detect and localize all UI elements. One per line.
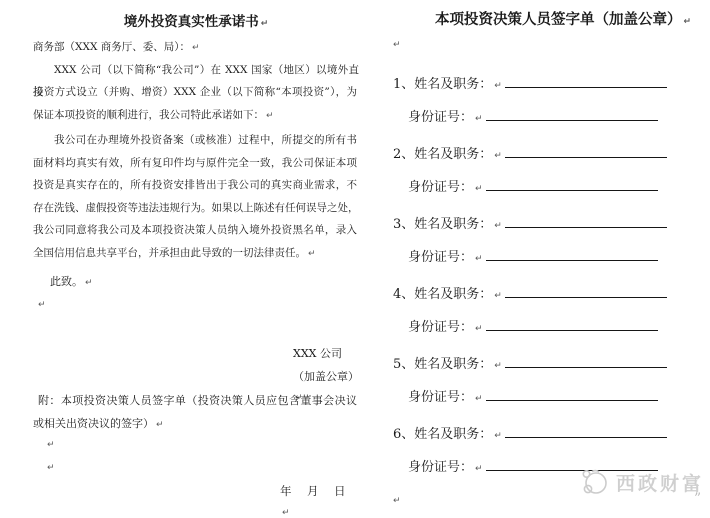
body-line-text: 存在洗钱、虚假投资等违法违规行为。如果以上陈述有任何误导之处， xyxy=(33,202,359,214)
paragraph-mark: ↵ xyxy=(308,249,316,259)
body-line: 全国信用信息共享平台，并承担由此导致的一切法律责任。↵ xyxy=(33,242,359,265)
attachment-line: 或相关出资决议的签字）↵ xyxy=(33,413,359,436)
id-line: 身份证号：↵ xyxy=(408,178,658,211)
name-blank-underline[interactable] xyxy=(505,215,667,228)
paragraph-mark: ↵ xyxy=(494,426,502,446)
right-page: 本项投资决策人员签字单（加盖公章）↵ ↵ 1、姓名及职务：↵ 身份证号：↵ 2、… xyxy=(355,0,710,518)
signatory-list: 1、姓名及职务：↵ 身份证号：↵ 2、姓名及职务：↵ 身份证号：↵ xyxy=(393,75,667,495)
name-line: 4、姓名及职务：↵ xyxy=(393,285,667,318)
paragraph-mark: ↵ xyxy=(475,179,483,199)
id-blank-underline[interactable] xyxy=(486,248,658,261)
name-label: 姓名及职务： xyxy=(414,355,492,375)
paragraph-mark: ↵ xyxy=(261,19,269,29)
brand-text: 西政财富 xyxy=(616,469,704,496)
closing-line: 此致。↵ xyxy=(33,272,93,293)
entry-number: 6、 xyxy=(393,425,414,445)
paragraph-mark: ↵ xyxy=(475,249,483,269)
paragraph-mark: ↵ xyxy=(47,440,55,450)
name-blank-underline[interactable] xyxy=(505,145,667,158)
page-title-text: 境外投资真实性承诺书 xyxy=(124,14,259,30)
body-line: XXX 公司（以下简称“我公司”）在 XXX 国家（地区）以境外直接 xyxy=(33,59,359,82)
id-line: 身份证号：↵ xyxy=(408,388,658,421)
brand-watermark: 西政财富 xyxy=(579,468,704,496)
body-line-text: 商务部（XXX 商务厅、委、局）： xyxy=(33,41,190,53)
id-label: 身份证号： xyxy=(408,248,473,268)
signature-sheet-title-text: 本项投资决策人员签字单（加盖公章） xyxy=(435,12,682,28)
paragraph-mark: ↵ xyxy=(475,319,483,339)
name-label: 姓名及职务： xyxy=(414,215,492,235)
body-line: 商务部（XXX 商务厅、委、局）：↵ xyxy=(33,36,359,59)
paragraph-mark: ↵ xyxy=(475,459,483,479)
signatory-entry: 5、姓名及职务：↵ 身份证号：↵ xyxy=(393,355,667,421)
brand-logo-icon xyxy=(579,468,611,496)
paragraph-mark: ↵ xyxy=(494,286,502,306)
signatory-entry: 4、姓名及职务：↵ 身份证号：↵ xyxy=(393,285,667,351)
attachment-line-text: 附：本项投资决策人员签字单（投资决策人员应包含董事会决议 xyxy=(38,394,357,407)
id-line: 身份证号：↵ xyxy=(408,318,658,351)
paragraph-mark: ↵ xyxy=(684,17,692,27)
entry-number: 2、 xyxy=(393,145,414,165)
signatory-entry: 2、姓名及职务：↵ 身份证号：↵ xyxy=(393,145,667,211)
body-line: 我公司在办理境外投资备案（或核准）过程中，所提交的所有书 xyxy=(33,129,359,152)
body-line-text: 投资方式设立（并购、增资）XXX 企业（以下简称“本项投资”），为 xyxy=(33,86,357,98)
attachment-note: 附：本项投资决策人员签字单（投资决策人员应包含董事会决议 或相关出资决议的签字）… xyxy=(33,390,359,435)
paragraph-mark: ↵ xyxy=(393,496,401,506)
date-text: 年 月 日 xyxy=(280,484,348,498)
id-blank-underline[interactable] xyxy=(486,388,658,401)
body-line: 保证本项投资的顺利进行，我公司特此承诺如下：↵ xyxy=(33,104,359,127)
body-line: 面材料均真实有效，所有复印件均与原件完全一致，我公司保证本项 xyxy=(33,152,359,175)
paragraph-mark: ↵ xyxy=(475,109,483,129)
signatory-entry: 3、姓名及职务：↵ 身份证号：↵ xyxy=(393,215,667,281)
attachment-line-text: 或相关出资决议的签字） xyxy=(33,417,154,430)
date-line: 年 月 日↵ xyxy=(280,481,355,518)
seal-text: （加盖公章） xyxy=(293,370,359,383)
paragraph-mark: ↵ xyxy=(85,278,93,288)
name-line: 6、姓名及职务：↵ xyxy=(393,425,667,458)
document-canvas: 境外投资真实性承诺书↵ 商务部（XXX 商务厅、委、局）：↵ XXX 公司（以下… xyxy=(0,0,710,518)
paragraph-mark: ↵ xyxy=(494,146,502,166)
name-blank-underline[interactable] xyxy=(505,285,667,298)
paragraph-mark: ↵ xyxy=(475,389,483,409)
body-line: 投资是真实存在的，所有投资安排皆出于我公司的真实商业需求，不 xyxy=(33,174,359,197)
body-line: 投资方式设立（并购、增资）XXX 企业（以下简称“本项投资”），为 xyxy=(33,81,359,104)
paragraph-mark: ↵ xyxy=(38,300,46,310)
name-label: 姓名及职务： xyxy=(414,285,492,305)
id-label: 身份证号： xyxy=(408,178,473,198)
paragraph-mark: ↵ xyxy=(393,40,401,50)
name-line: 3、姓名及职务：↵ xyxy=(393,215,667,248)
paragraph-mark: ↵ xyxy=(282,508,292,518)
body-line-text: 投资是真实存在的，所有投资安排皆出于我公司的真实商业需求，不 xyxy=(33,179,357,191)
name-blank-underline[interactable] xyxy=(505,425,667,438)
name-line: 1、姓名及职务：↵ xyxy=(393,75,667,108)
entry-number: 1、 xyxy=(393,75,414,95)
paragraph-mark: ↵ xyxy=(494,356,502,376)
body-line-text: 保证本项投资的顺利进行，我公司特此承诺如下： xyxy=(33,109,264,121)
paragraph-mark: ↵ xyxy=(192,43,200,53)
paragraph-mark: ↵ xyxy=(494,216,502,236)
paragraph-mark: ↵ xyxy=(494,76,502,96)
watermark-corner-mark: ” xyxy=(694,491,701,507)
entry-number: 5、 xyxy=(393,355,414,375)
paragraph-mark: ↵ xyxy=(47,463,55,473)
page-title: 境外投资真实性承诺书↵ xyxy=(33,10,359,30)
id-line: 身份证号：↵ xyxy=(408,248,658,281)
id-label: 身份证号： xyxy=(408,388,473,408)
company-signature: XXX 公司 xyxy=(293,344,342,364)
id-label: 身份证号： xyxy=(408,108,473,128)
entry-number: 3、 xyxy=(393,215,414,235)
paragraph-mark: ↵ xyxy=(156,420,164,430)
body-line-text: 全国信用信息共享平台，并承担由此导致的一切法律责任。 xyxy=(33,247,306,259)
body-line-text: 面材料均真实有效，所有复印件均与原件完全一致，我公司保证本项 xyxy=(33,157,357,169)
name-label: 姓名及职务： xyxy=(414,75,492,95)
id-blank-underline[interactable] xyxy=(486,108,658,121)
name-blank-underline[interactable] xyxy=(505,75,667,88)
name-line: 2、姓名及职务：↵ xyxy=(393,145,667,178)
paragraph-block: 我公司在办理境外投资备案（或核准）过程中，所提交的所有书 面材料均真实有效，所有… xyxy=(33,129,359,265)
body-line: 我公司同意将我公司及本项投资决策人员纳入境外投资黑名单，录入 xyxy=(33,219,359,242)
id-line: 身份证号：↵ xyxy=(408,108,658,141)
body-line: 存在洗钱、虚假投资等违法违规行为。如果以上陈述有任何误导之处， xyxy=(33,197,359,220)
name-label: 姓名及职务： xyxy=(414,145,492,165)
id-blank-underline[interactable] xyxy=(486,178,658,191)
id-blank-underline[interactable] xyxy=(486,318,658,331)
name-line: 5、姓名及职务：↵ xyxy=(393,355,667,388)
body-line-text: 我公司同意将我公司及本项投资决策人员纳入境外投资黑名单，录入 xyxy=(33,224,357,236)
body-line-text: 我公司在办理境外投资备案（或核准）过程中，所提交的所有书 xyxy=(54,134,357,146)
signatory-entry: 1、姓名及职务：↵ 身份证号：↵ xyxy=(393,75,667,141)
signature-sheet-title: 本项投资决策人员签字单（加盖公章）↵ xyxy=(435,8,691,29)
name-blank-underline[interactable] xyxy=(505,355,667,368)
paragraph-mark: ↵ xyxy=(266,111,274,121)
paragraph-block: 商务部（XXX 商务厅、委、局）：↵ XXX 公司（以下简称“我公司”）在 XX… xyxy=(33,36,359,126)
closing-text: 此致。 xyxy=(50,275,83,288)
name-label: 姓名及职务： xyxy=(414,425,492,445)
left-page: 境外投资真实性承诺书↵ 商务部（XXX 商务厅、委、局）：↵ XXX 公司（以下… xyxy=(0,0,355,518)
attachment-line: 附：本项投资决策人员签字单（投资决策人员应包含董事会决议 xyxy=(33,390,359,413)
id-label: 身份证号： xyxy=(408,318,473,338)
entry-number: 4、 xyxy=(393,285,414,305)
id-label: 身份证号： xyxy=(408,458,473,478)
